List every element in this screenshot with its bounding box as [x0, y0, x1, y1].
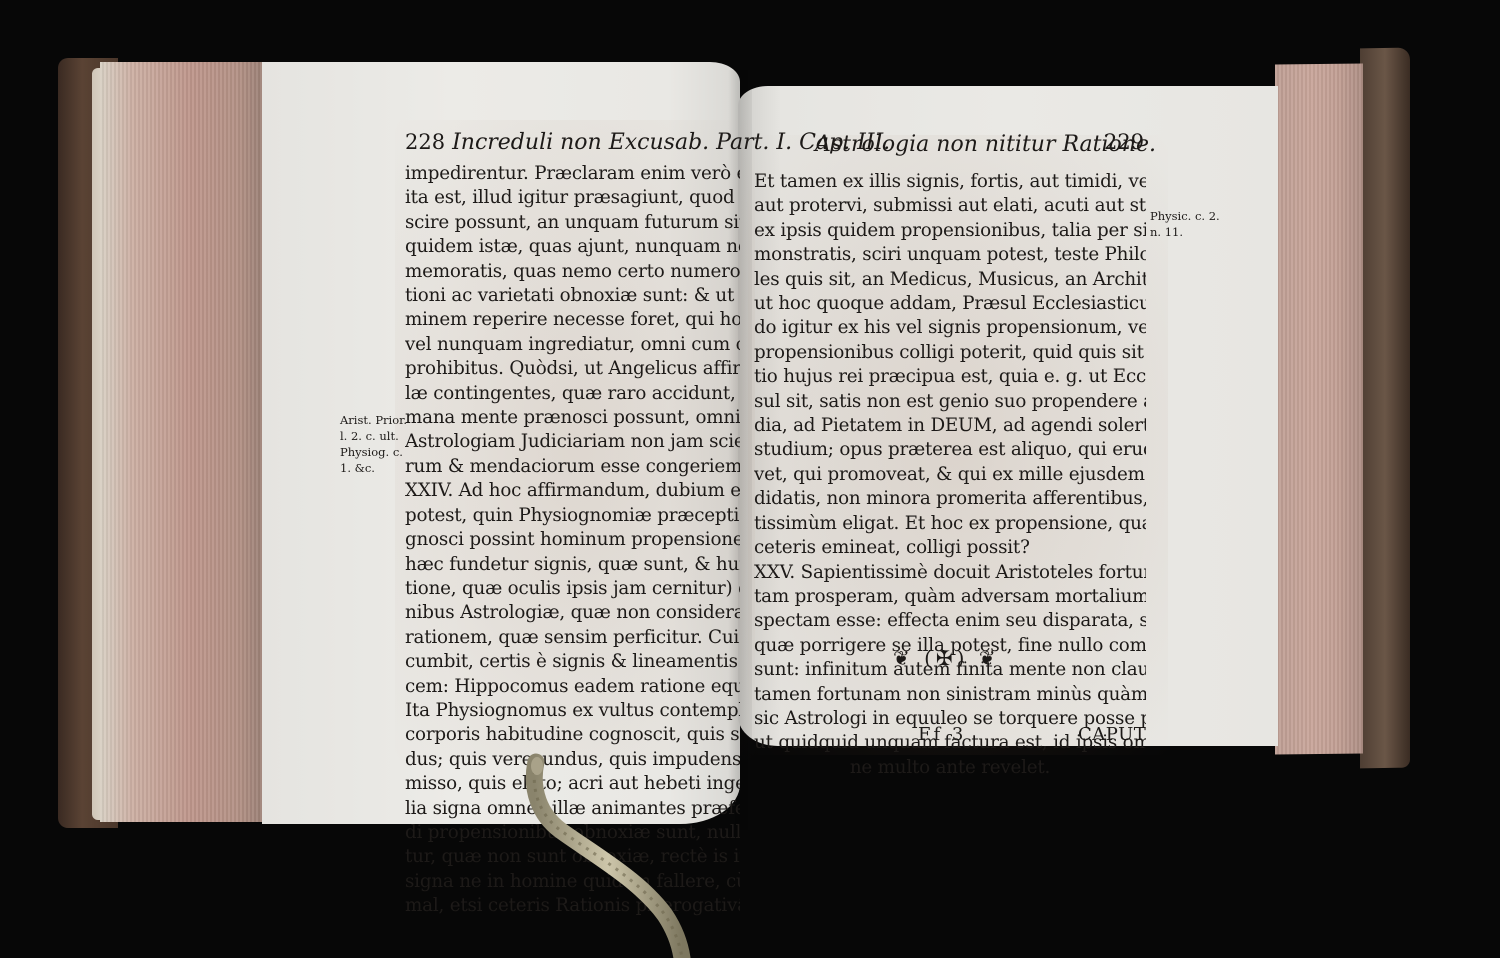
- text-line: ut hoc quoque addam, Præsul Ecclesiastic…: [754, 292, 1146, 316]
- margin-note-line: Physiog. c.: [340, 444, 407, 460]
- text-line: scire possunt, an unquam futurum sit. Pr…: [405, 211, 740, 235]
- text-line: vet, qui promoveat, & qui ex mille ejusd…: [754, 463, 1146, 487]
- text-line: dia, ad Pietatem in DEUM, ad agendi sole…: [754, 414, 1146, 438]
- margin-note-line: 1. &c.: [340, 460, 407, 476]
- left-page-block-edge: [100, 62, 262, 822]
- text-line: studium; opus præterea est aliquo, qui e…: [754, 438, 1146, 462]
- right-body-text: Et tamen ex illis signis, fortis, aut ti…: [754, 170, 1146, 780]
- text-line: tamen fortunam non sinistram minùs quàm …: [754, 683, 1146, 707]
- text-line: spectam esse: effecta enim seu disparata…: [754, 609, 1146, 633]
- text-line: monstratis, sciri unquam potest, teste P…: [754, 243, 1146, 267]
- text-line: ceteris emineat, colligi possit?: [754, 536, 1146, 560]
- section-heading-line: XXIV. Ad hoc affirmandum, dubium esse n: [405, 479, 740, 503]
- text-line: propensionibus colligi poterit, quid qui…: [754, 341, 1146, 365]
- text-line: tissimùm eligat. Et hoc ex propensione, …: [754, 512, 1146, 536]
- text-line: memoratis, quas nemo certo numero defini…: [405, 260, 740, 284]
- right-page-block-edge: [1275, 64, 1363, 755]
- margin-note-line: Arist. Prior.: [340, 412, 407, 428]
- text-line: didatis, non minora promerita afferentib…: [754, 487, 1146, 511]
- left-page-number: 228: [405, 130, 445, 154]
- text-line: aut protervi, submissi aut elati, acuti …: [754, 194, 1146, 218]
- left-body-text: impedirentur. Præclaram enim verò excusa…: [405, 162, 740, 919]
- margin-note-line: Physic. c. 2.: [1150, 208, 1220, 224]
- book-photo: 228 Increduli non Excusab. Part. I. Cap.…: [0, 0, 1500, 958]
- text-line: nibus Astrologiæ, quæ non considerat, ni…: [405, 601, 740, 625]
- text-line: rum & mendaciorum esse congeriem.: [405, 455, 740, 479]
- margin-note-line: l. 2. c. ult.: [340, 428, 407, 444]
- margin-note-line: n. 11.: [1150, 224, 1220, 240]
- text-line: cem: Hippocomus eadem ratione equum supe…: [405, 675, 740, 699]
- text-line: di propensionibus obnoxiæ sunt, nullæ au…: [405, 821, 740, 845]
- catchword: CAPUT: [1078, 724, 1146, 745]
- text-line: tione, quæ oculis ipsis jam cernitur) qu…: [405, 577, 740, 601]
- text-line: tur, quæ non sunt obnoxiæ, rectè is inde…: [405, 845, 740, 869]
- text-line: dus; quis verecundus, quis impudens; qui…: [405, 748, 740, 772]
- text-line: ita est, illud igitur præsagiunt, quod n…: [405, 186, 740, 210]
- text-line: tam prosperam, quàm adversam mortalium n…: [754, 585, 1146, 609]
- text-line: potest, quin Physiognomiæ præceptis long…: [405, 504, 740, 528]
- text-line: gnosci possint hominum propensiones ac s…: [405, 528, 740, 552]
- fleuron-ornament-icon: ❦ (✠) ❦: [893, 646, 1000, 670]
- text-line: cumbit, certis è signis & lineamentis co…: [405, 650, 740, 674]
- right-cover-binding: [1360, 48, 1410, 769]
- right-page-number: 229: [1104, 130, 1144, 154]
- section-heading-line: XXV. Sapientissimè docuit Aristoteles fo…: [754, 561, 1146, 585]
- text-line: ex ipsis quidem propensionibus, talia pe…: [754, 219, 1146, 243]
- text-line: vel nunquam ingrediatur, omni cum ceteri…: [405, 333, 740, 357]
- text-line: tioni ac varietati obnoxiæ sunt: & ut no…: [405, 284, 740, 308]
- left-margin-note: Arist. Prior. l. 2. c. ult. Physiog. c. …: [340, 412, 407, 476]
- text-line: minem reperire necesse foret, qui hoc è …: [405, 308, 740, 332]
- text-line: do igitur ex his vel signis propensionum…: [754, 316, 1146, 340]
- text-line: Ita Physiognomus ex vultus contemplation…: [405, 699, 740, 723]
- text-line: signa ne in homine quidem fallere, cùm &…: [405, 870, 740, 894]
- text-line: mal, etsi ceteris Rationis prærogativâ d…: [405, 894, 740, 918]
- text-line: tio hujus rei præcipua est, quia e. g. u…: [754, 365, 1146, 389]
- text-line: lia signa omnes illæ animantes præferant…: [405, 797, 740, 821]
- text-line: rationem, quæ sensim perficitur. Cui can…: [405, 626, 740, 650]
- text-line: Astrologiam Judiciariam non jam scientia…: [405, 430, 740, 454]
- text-line: læ contingentes, quæ raro accidunt, à nu…: [405, 382, 740, 406]
- text-line: sul sit, satis non est genio suo propend…: [754, 390, 1146, 414]
- right-margin-note: Physic. c. 2. n. 11.: [1150, 208, 1220, 240]
- text-line: hæc fundetur signis, quæ sunt, & humorum…: [405, 553, 740, 577]
- signature-mark: Ff 3: [918, 724, 966, 745]
- text-line: les quis sit, an Medicus, Musicus, an Ar…: [754, 268, 1146, 292]
- text-line: quidem istæ, quas ajunt, nunquam non cau…: [405, 235, 740, 259]
- text-line: Et tamen ex illis signis, fortis, aut ti…: [754, 170, 1146, 194]
- text-line: mana mente prænosci possunt, omnino asse…: [405, 406, 740, 430]
- centered-text-line: ne multo ante revelet.: [754, 756, 1146, 780]
- text-line: prohibitus. Quòdsi, ut Angelicus affirma…: [405, 357, 740, 381]
- text-line: corporis habitudine cognoscit, quis sit …: [405, 723, 740, 747]
- text-line: misso, quis elato; acri aut hebeti ingen…: [405, 772, 740, 796]
- text-line: impedirentur. Præclaram enim verò excusa…: [405, 162, 740, 186]
